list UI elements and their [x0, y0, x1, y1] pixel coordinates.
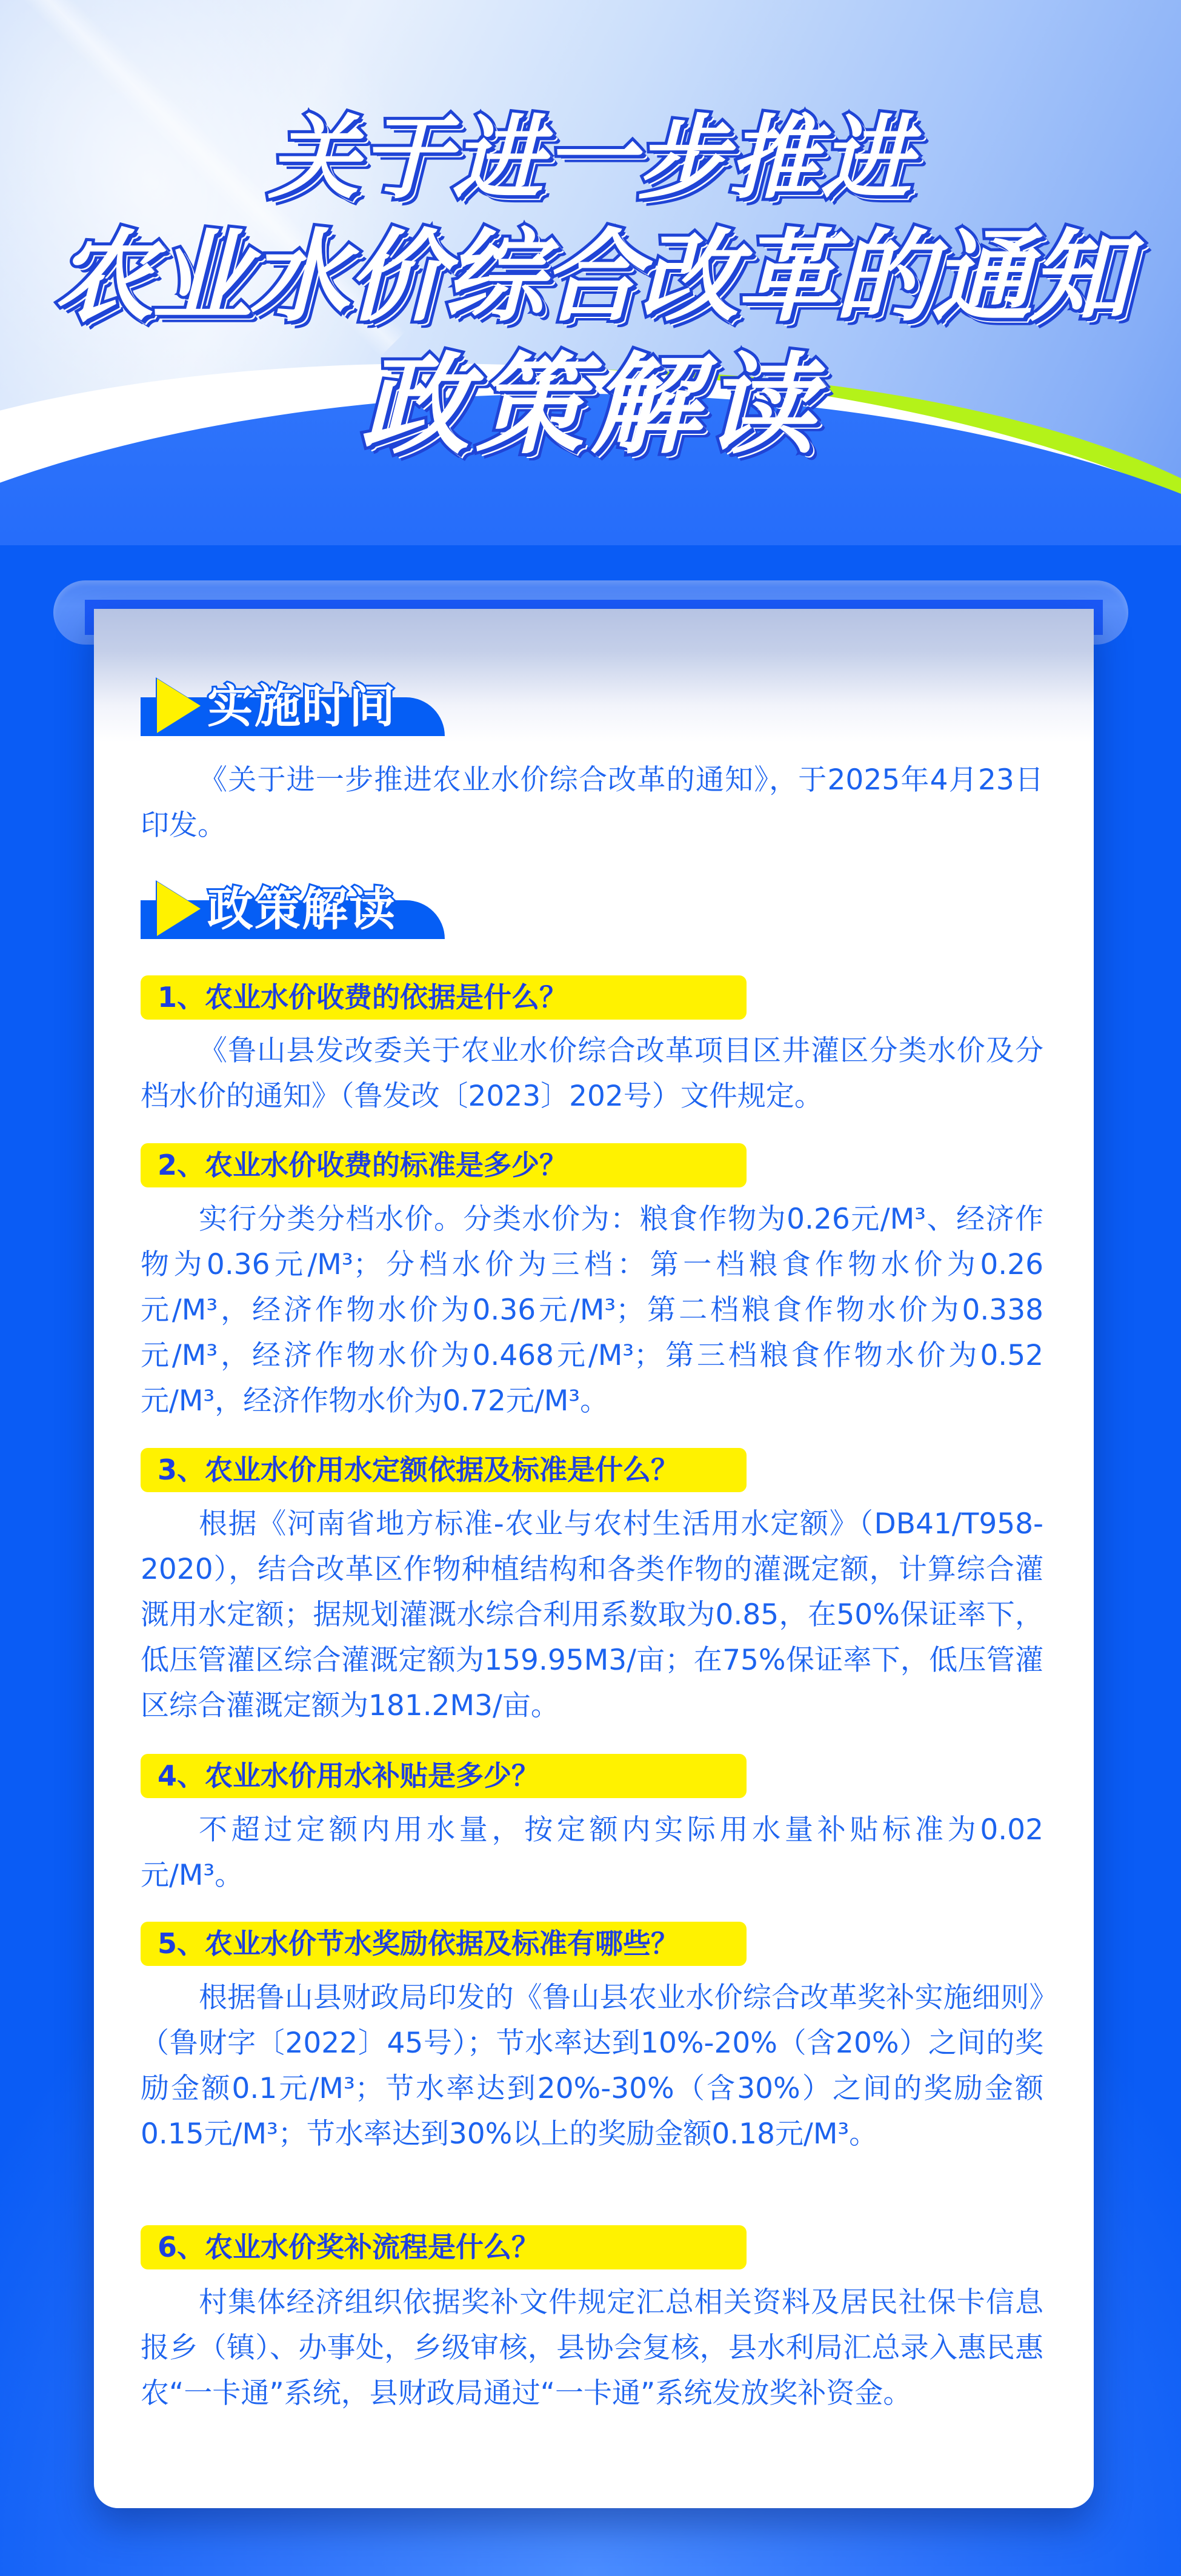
question-pill-1: 1、农业水价收费的依据是什么？ — [141, 975, 747, 1020]
question-label: 6、农业水价奖补流程是什么？ — [158, 2225, 539, 2269]
question-label: 2、农业水价收费的标准是多少？ — [158, 1143, 567, 1187]
answer-paragraph-6: 村集体经济组织依据奖补文件规定汇总相关资料及居民社保卡信息报乡（镇）、办事处，乡… — [141, 2280, 1043, 2416]
question-pill-6: 6、农业水价奖补流程是什么？ — [141, 2225, 747, 2269]
question-label: 1、农业水价收费的依据是什么？ — [158, 975, 567, 1020]
question-label: 5、农业水价节水奖励依据及标准有哪些？ — [158, 1922, 679, 1966]
hero-banner: 关于进一步推进 农业水价综合改革的通知 政策解读 — [0, 0, 1181, 545]
answer-paragraph-2: 实行分类分档水价。分类水价为：粮食作物为0.26元/M³、经济作物为0.36元/… — [141, 1197, 1043, 1424]
question-label: 4、农业水价用水补贴是多少？ — [158, 1754, 539, 1798]
page-title-line-3: 政策解读 — [0, 318, 1181, 474]
play-triangle-icon — [157, 679, 201, 733]
question-pill-4: 4、农业水价用水补贴是多少？ — [141, 1754, 747, 1798]
answer-paragraph-1: 《鲁山县发改委关于农业水价综合改革项目区井灌区分类水价及分档水价的通知》（鲁发改… — [141, 1028, 1043, 1119]
question-pill-2: 2、农业水价收费的标准是多少？ — [141, 1143, 747, 1187]
question-label: 3、农业水价用水定额依据及标准是什么？ — [158, 1448, 679, 1492]
answer-paragraph-4: 不超过定额内用水量，按定额内实际用水量补贴标准为0.02元/M³。 — [141, 1807, 1043, 1898]
answer-paragraph-5: 根据鲁山县财政局印发的《鲁山县农业水价综合改革奖补实施细则》（鲁财字〔2022〕… — [141, 1975, 1043, 2157]
play-triangle-icon — [157, 881, 201, 936]
question-pill-5: 5、农业水价节水奖励依据及标准有哪些？ — [141, 1922, 747, 1966]
section-heading-implementation-time: 实施时间 — [141, 679, 445, 717]
section-heading-label: 政策解读 — [207, 881, 396, 937]
answer-paragraph-3: 根据《河南省地方标准-农业与农村生活用水定额》（DB41/T958-2020），… — [141, 1501, 1043, 1728]
question-pill-3: 3、农业水价用水定额依据及标准是什么？ — [141, 1448, 747, 1492]
implementation-time-paragraph: 《关于进一步推进农业水价综合改革的通知》，于2025年4月23日印发。 — [141, 757, 1043, 848]
page-title-line-1: 关于进一步推进 — [0, 85, 1181, 216]
section-heading-label: 实施时间 — [207, 679, 396, 734]
section-heading-policy-interpretation: 政策解读 — [141, 881, 445, 920]
